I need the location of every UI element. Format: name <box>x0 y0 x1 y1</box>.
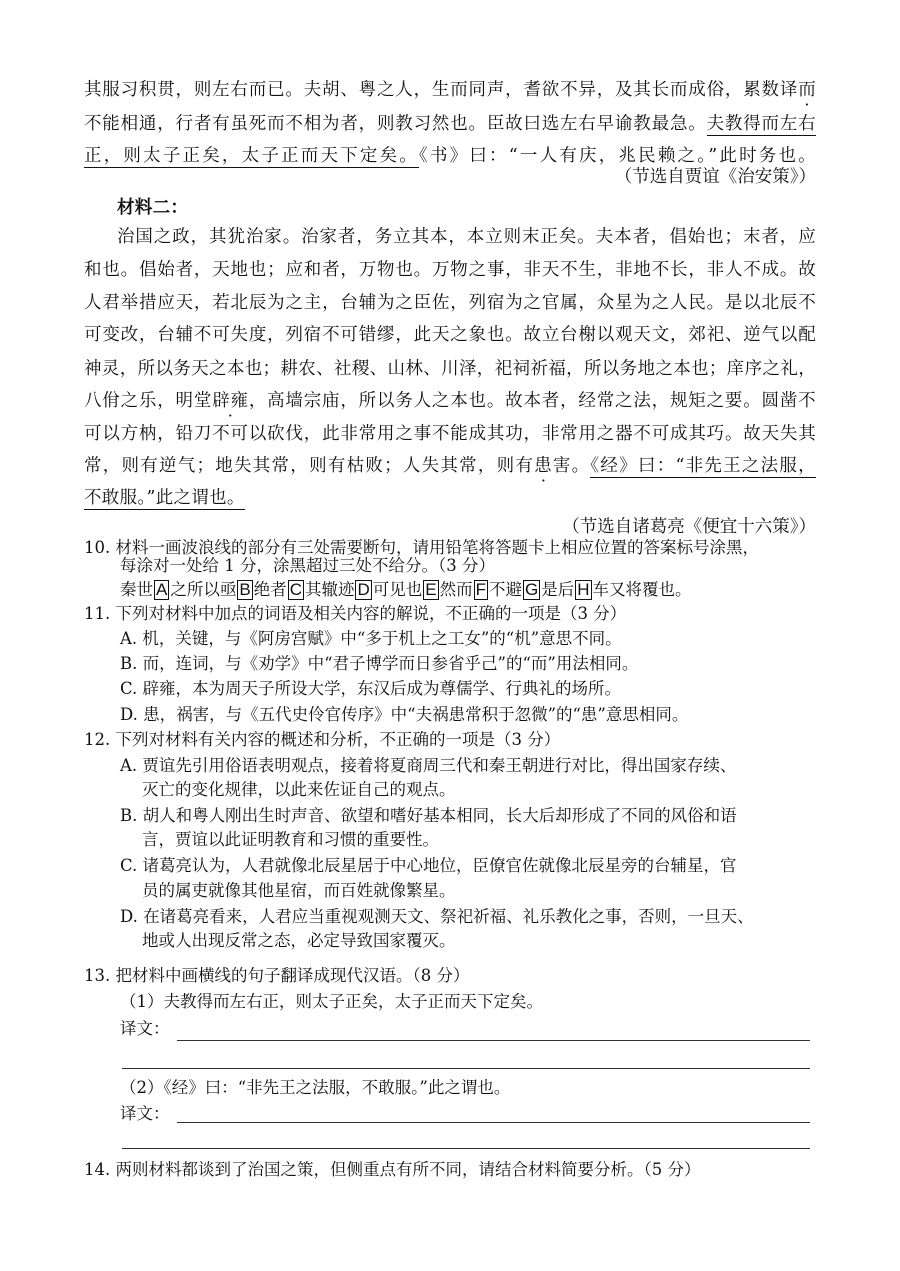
material-two-line-3: 人君举措应天，若北辰为之主，台辅为之臣佐，列宿为之官属，众星为之人民。是以北辰不 <box>84 291 816 315</box>
break-box-h[interactable]: H <box>575 580 591 600</box>
q13-stem: 13. 把材料中画横线的句子翻译成现代汉语。（8 分） <box>84 964 816 988</box>
break-box-d[interactable]: D <box>355 580 371 600</box>
q12-option-c-2: 员的属吏就像其他星宿，而百姓就像繁星。 <box>142 879 874 903</box>
break-box-g[interactable]: G <box>523 580 540 600</box>
material-two-line-9: 不敢服。”此之谓也。 <box>84 486 816 510</box>
answer-line-1b[interactable] <box>122 1068 810 1069</box>
q11-option-c: C. 辟雍，本为周天子所设大学，东汉后成为尊儒学、行典礼的场所。 <box>120 677 852 701</box>
text: 其服习积贯，则左右而已。夫胡、粤之人，生而同声，耆欲不异，及其长而成俗，累数译 <box>84 80 798 100</box>
q13-part-2: （2）《经》曰：“非先王之法服，不敢服。”此之谓也。 <box>120 1076 852 1100</box>
material-one-line-2: 不能相通，行者有虽死而不相为者，则教习然也。臣故曰选左右早谕教最急。夫教得而左右 <box>84 112 816 136</box>
q13-answer-label-1: 译文： <box>120 1017 852 1041</box>
material-two-line-8: 常，则有逆气；地失其常，则有枯败；人失其常，则有患害。《经》曰：“非先王之法服， <box>84 454 816 478</box>
text: 《书》曰：“一人有庆，兆民赖之。”此时务也。 <box>419 146 816 166</box>
answer-line-1a[interactable] <box>177 1040 810 1041</box>
break-box-c[interactable]: C <box>288 580 304 600</box>
underlined-sentence: 《经》曰：“非先王之法服， <box>590 456 816 478</box>
material-two-line-1: 治国之政，其犹治家。治家者，务立其本，本立则末正矣。夫本者，倡始也；末者，应 <box>117 225 816 249</box>
segment: 是后 <box>541 580 574 599</box>
q12-option-b-2: 言，贾谊以此证明教育和习惯的重要性。 <box>142 828 874 852</box>
material-one-line-1: 其服习积贯，则左右而已。夫胡、粤之人，生而同声，耆欲不异，及其长而成俗，累数译而 <box>84 78 816 102</box>
q12-option-c-1: C. 诸葛亮认为，人君就像北辰星居于中心地位，臣僚官佐就像北辰星旁的台辅星，官 <box>120 854 852 878</box>
answer-line-2b[interactable] <box>122 1148 810 1149</box>
answer-line-2a[interactable] <box>177 1122 810 1123</box>
segment: 可见也 <box>373 580 423 599</box>
segment: 之所以亟 <box>170 580 236 599</box>
segment: 车又将覆也。 <box>593 580 692 599</box>
segment: 绝者 <box>254 580 287 599</box>
text: 八佾之乐，明堂 <box>84 391 212 411</box>
material-one-source: （节选自贾谊《治安策》） <box>615 165 816 189</box>
text: ，高墙宗庙，所以务人之本也。故本者，经常之法，规矩之要。圆凿不 <box>249 391 816 411</box>
text: 常，则有逆气；地失其常，则有枯败；人失其常，则有 <box>84 456 534 476</box>
underlined-sentence: 正，则太子正矣，太子正而天下定矣。 <box>84 146 419 168</box>
segment: 然而 <box>440 580 473 599</box>
q12-option-d-1: D. 在诸葛亮看来，人君应当重视观测天文、祭祀祈福、礼乐教化之事，否则，一旦天、 <box>120 905 852 929</box>
segment: 不避 <box>489 580 522 599</box>
q11-stem: 11. 下列对材料中加点的词语及相关内容的解说，不正确的一项是（3 分） <box>84 602 816 626</box>
segment: 其辙迹 <box>305 580 355 599</box>
material-two-line-7: 可以方枘，铅刀不可以砍伐，此非常用之事不能成其功，非常用之器不可成其巧。故天失其 <box>84 422 816 446</box>
material-two-line-2: 和也。倡始者，天地也；应和者，万物也。万物之事，非天不生，非地不长，非人不成。故 <box>84 258 816 282</box>
q11-option-b: B. 而，连词，与《劝学》中“君子博学而日参省乎己”的“而”用法相同。 <box>120 652 852 676</box>
q12-option-d-2: 地或人出现反常之态，必定导致国家覆灭。 <box>142 929 874 953</box>
q10-stem-2: 每涂对一处给 1 分，涂黑超过三处不给分。（3 分） <box>120 554 852 578</box>
material-two-line-4: 可变改，台辅不可失度，列宿不可错缪，此天之象也。故立台榭以观天文，郊祀、逆气以配 <box>84 323 816 347</box>
q13-part-1: （1）夫教得而左右正，则太子正矣，太子正而天下定矣。 <box>120 990 852 1014</box>
underlined-sentence: 不敢服。”此之谓也。 <box>84 488 245 510</box>
q12-option-a-1: A. 贾谊先引用俗语表明观点，接着将夏商周三代和秦王朝进行对比，得出国家存续、 <box>120 754 852 778</box>
dotted-char: 患 <box>534 456 553 476</box>
material-two-line-5: 神灵，所以务天之本也；耕农、社稷、山林、川泽，祀祠祈福，所以务地之本也；庠序之礼… <box>84 357 816 381</box>
material-two-heading: 材料二： <box>117 196 849 220</box>
text: 不能相通，行者有虽死而不相为者，则教习然也。臣故曰选左右早谕教最急。 <box>84 114 707 134</box>
exam-page: 其服习积贯，则左右而已。夫胡、粤之人，生而同声，耆欲不异，及其长而成俗，累数译而… <box>0 0 900 1271</box>
break-box-a[interactable]: A <box>154 580 169 600</box>
q11-option-a: A. 机，关键，与《阿房宫赋》中“多于机上之工女”的“机”意思不同。 <box>120 627 852 651</box>
q12-option-a-2: 灭亡的变化规律，以此来佐证自己的观点。 <box>142 778 874 802</box>
dotted-char: 辟雍 <box>212 391 249 411</box>
q12-stem: 12. 下列对材料有关内容的概述和分析，不正确的一项是（3 分） <box>84 728 816 752</box>
material-two-line-6: 八佾之乐，明堂辟雍，高墙宗庙，所以务人之本也。故本者，经常之法，规矩之要。圆凿不 <box>84 389 816 413</box>
dotted-word: 辟雍 <box>212 391 249 411</box>
break-box-f[interactable]: F <box>474 580 488 600</box>
q14-stem: 14. 两则材料都谈到了治国之策，但侧重点有所不同，请结合材料简要分析。（5 分… <box>84 1158 816 1182</box>
break-box-e[interactable]: E <box>423 580 438 600</box>
text: 害。 <box>553 456 591 476</box>
dotted-char: 而 <box>798 80 816 100</box>
underlined-sentence: 夫教得而左右 <box>707 114 816 136</box>
q10-sentence: 秦世A之所以亟B绝者C其辙迹D可见也E然而F不避G是后H车又将覆也。 <box>120 578 852 602</box>
segment: 秦世 <box>120 580 153 599</box>
q12-option-b-1: B. 胡人和粤人刚出生时声音、欲望和嗜好基本相同，长大后却形成了不同的风俗和语 <box>120 804 852 828</box>
q11-option-d: D. 患，祸害，与《五代史伶官传序》中“夫祸患常积于忽微”的“患”意思相同。 <box>120 703 852 727</box>
break-box-b[interactable]: B <box>237 580 252 600</box>
